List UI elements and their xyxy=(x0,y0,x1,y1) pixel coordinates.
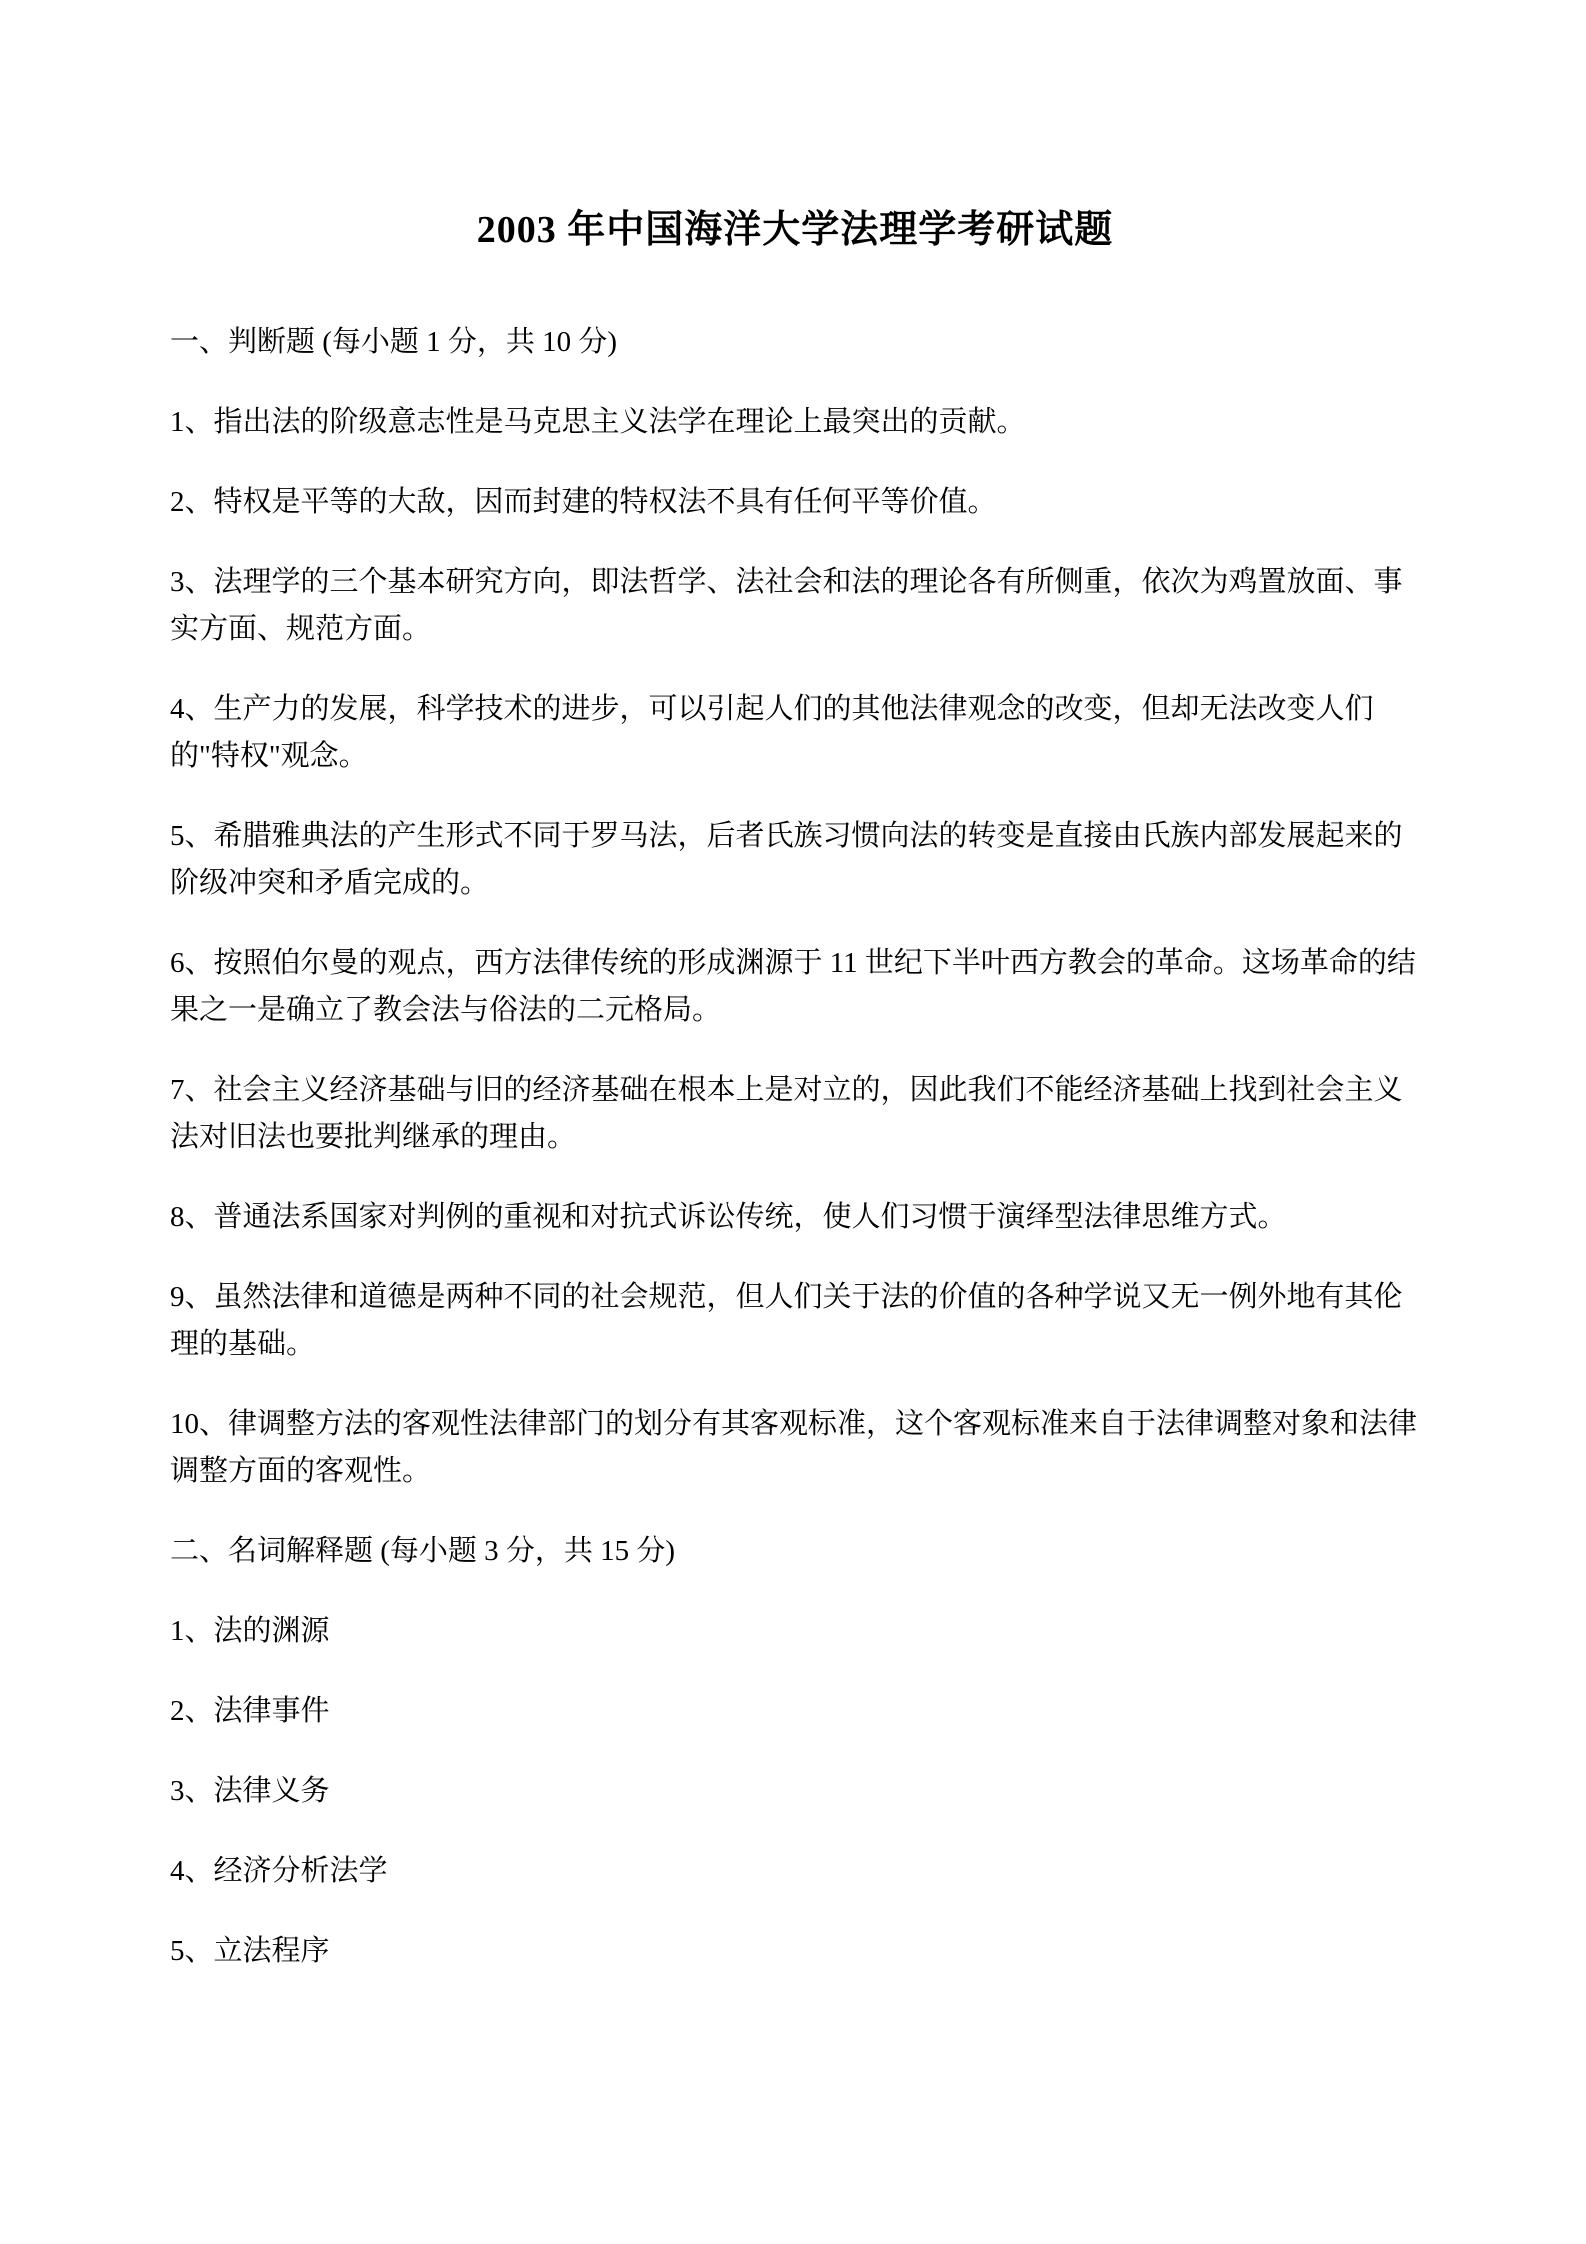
section-1-heading: 一、判断题 (每小题 1 分，共 10 分) xyxy=(170,319,1420,366)
document-title: 2003 年中国海洋大学法理学考研试题 xyxy=(170,205,1420,255)
section-1-question-1: 1、指出法的阶级意志性是马克思主义法学在理论上最突出的贡献。 xyxy=(170,399,1420,446)
section-1-question-8: 8、普通法系国家对判例的重视和对抗式诉讼传统，使人们习惯于演绎型法律思维方式。 xyxy=(170,1194,1420,1241)
section-1-question-10: 10、律调整方法的客观性法律部门的划分有其客观标准，这个客观标准来自于法律调整对… xyxy=(170,1401,1420,1495)
section-2-term-1: 1、法的渊源 xyxy=(170,1608,1420,1655)
section-1-question-2: 2、特权是平等的大敌，因而封建的特权法不具有任何平等价值。 xyxy=(170,479,1420,526)
section-1-question-7: 7、社会主义经济基础与旧的经济基础在根本上是对立的，因此我们不能经济基础上找到社… xyxy=(170,1067,1420,1161)
section-1-question-3: 3、法理学的三个基本研究方向，即法哲学、法社会和法的理论各有所侧重，依次为鸡置放… xyxy=(170,559,1420,653)
section-1-question-5: 5、希腊雅典法的产生形式不同于罗马法，后者氏族习惯向法的转变是直接由氏族内部发展… xyxy=(170,813,1420,907)
section-1-question-6: 6、按照伯尔曼的观点，西方法律传统的形成渊源于 11 世纪下半叶西方教会的革命。… xyxy=(170,940,1420,1034)
section-1-question-9: 9、虽然法律和道德是两种不同的社会规范，但人们关于法的价值的各种学说又无一例外地… xyxy=(170,1274,1420,1368)
section-2-term-4: 4、经济分析法学 xyxy=(170,1848,1420,1895)
document-page: 2003 年中国海洋大学法理学考研试题 一、判断题 (每小题 1 分，共 10 … xyxy=(0,0,1586,2244)
section-2-heading: 二、名词解释题 (每小题 3 分，共 15 分) xyxy=(170,1528,1420,1575)
section-1-question-4: 4、生产力的发展，科学技术的进步，可以引起人们的其他法律观念的改变，但却无法改变… xyxy=(170,686,1420,780)
section-2-term-3: 3、法律义务 xyxy=(170,1768,1420,1815)
section-2-term-5: 5、立法程序 xyxy=(170,1928,1420,1975)
section-2-term-2: 2、法律事件 xyxy=(170,1688,1420,1735)
